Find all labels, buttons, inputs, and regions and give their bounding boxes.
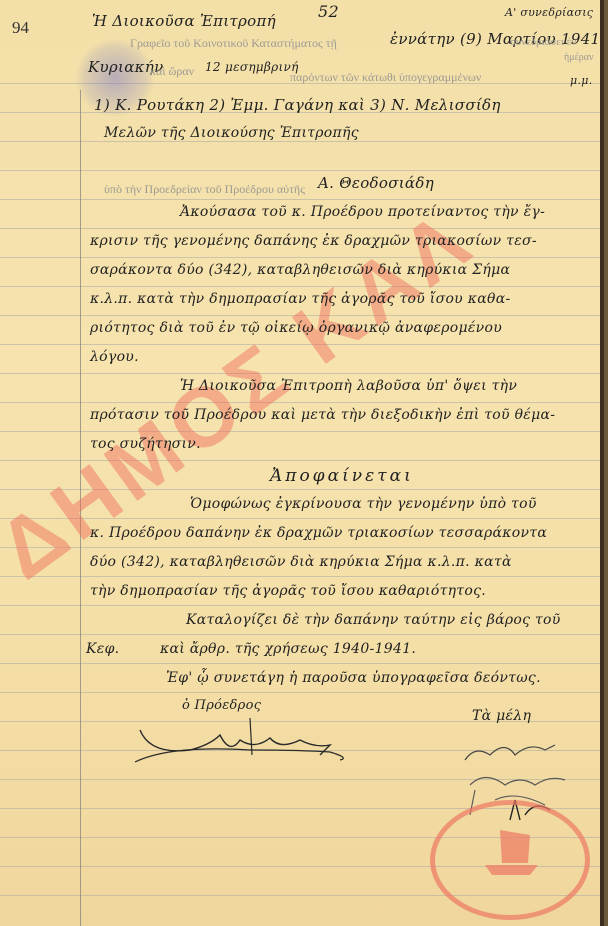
printed-presidency: ὑπὸ τὴν Προεδρείαν τοῦ Προέδρου αὐτῆς (104, 182, 305, 197)
para4-line: Καταλογίζει δὲ τὴν δαπάνην ταύτην εἰς βά… (186, 612, 561, 628)
ruled-line (0, 170, 604, 171)
para1-line: σαράκοντα δύο (342), καταβληθεισῶν διὰ κ… (90, 262, 510, 278)
time-abbrev: μ.μ. (570, 74, 593, 87)
para2-line: πρότασιν τοῦ Προέδρου καὶ μετὰ τὴν διεξο… (90, 407, 555, 423)
printed-form-line1-right: συνεδριάσει ἐν (510, 36, 576, 48)
ruled-line (0, 141, 604, 142)
printed-present-label: παρόντων τῶν κάτωθι ὑπογεγραμμένων (290, 70, 481, 85)
ruled-line (0, 634, 604, 635)
para1-line: κ.λ.π. κατὰ τὴν δημοπρασίαν τῆς ἀγορᾶς τ… (90, 291, 511, 307)
para4-line: καὶ ἄρθρ. τῆς χρήσεως 1940-1941. (160, 641, 416, 657)
meeting-time: 12 μεσημβρινή (205, 60, 299, 74)
president-name: Α. Θεοδοσιάδη (318, 174, 434, 192)
para1-line: ριότητος διὰ τοῦ ἐν τῷ οἰκείῳ ὀργανικῷ ἀ… (90, 320, 502, 336)
ruled-line (0, 228, 604, 229)
ship-emblem-icon (480, 825, 540, 880)
session-label: Α' συνεδρίασις (505, 6, 593, 19)
para3-line: δύο (342), καταβληθεισῶν διὰ κηρύκια Σήμ… (90, 554, 512, 570)
para3-line: Ὁμοφώνως ἐγκρίνουσα τὴν γενομένην ὑπὸ το… (190, 496, 537, 512)
para3-line: κ. Προέδρου δαπάνην ἐκ δραχμῶν τριακοσίω… (90, 525, 547, 541)
ruled-line (0, 576, 604, 577)
printed-time-label: καὶ ὥραν (150, 64, 194, 79)
page-number: 94 (12, 18, 29, 38)
para2-line: τος συζήτησιν. (90, 436, 201, 452)
para1-line: Ἀκούσασα τοῦ κ. Προέδρου προτείναντος τὴ… (180, 204, 545, 220)
ruled-line (0, 692, 604, 693)
ruled-line (0, 431, 604, 432)
para2-line: Ἡ Διοικοῦσα Ἐπιτροπὴ λαβοῦσα ὑπ' ὄψει τὴ… (180, 378, 517, 394)
members-label: Τὰ μέλη (472, 708, 531, 724)
committee-heading: Ἡ Διοικοῦσα Ἐπιτροπή (92, 12, 276, 30)
ruled-line (0, 257, 604, 258)
margin-note: Κεφ. (86, 641, 119, 657)
ruled-line (0, 199, 604, 200)
closing-statement: Ἐφ' ᾧ συνετάγη ἡ παροῦσα ὑπογραφεῖσα δεό… (166, 670, 541, 686)
para1-line: κρισιν τῆς γενομένης δαπάνης ἐκ δραχμῶν … (90, 233, 537, 249)
ledger-page: ΔΗΜΟΣ ΚΑΛ 94 52 Ἡ Διοικοῦσα Ἐπιτροπή Α' … (0, 0, 604, 926)
folio-number: 52 (318, 2, 339, 21)
ruled-line (0, 605, 604, 606)
printed-day-label: ἡμέραν (564, 52, 594, 63)
members-line: 1) Κ. Ρουτάκη 2) Ἐμμ. Γαγάνη καὶ 3) Ν. Μ… (94, 96, 501, 114)
decision-heading: Ἀποφαίνεται (270, 466, 414, 486)
printed-form-line1: Γραφεῖο τοῦ Κοινοτικοῦ Καταστήματος τῇ (130, 36, 337, 51)
members-title: Μελῶν τῆς Διοικούσης Ἐπιτροπῆς (104, 125, 359, 141)
page-edge (600, 0, 604, 926)
president-signature (130, 710, 360, 780)
para1-line: λόγου. (90, 349, 139, 365)
ruled-line (0, 663, 604, 664)
para3-line: τὴν δημοπρασίαν τῆς ἀγορᾶς τοῦ ἴσου καθα… (90, 583, 486, 599)
